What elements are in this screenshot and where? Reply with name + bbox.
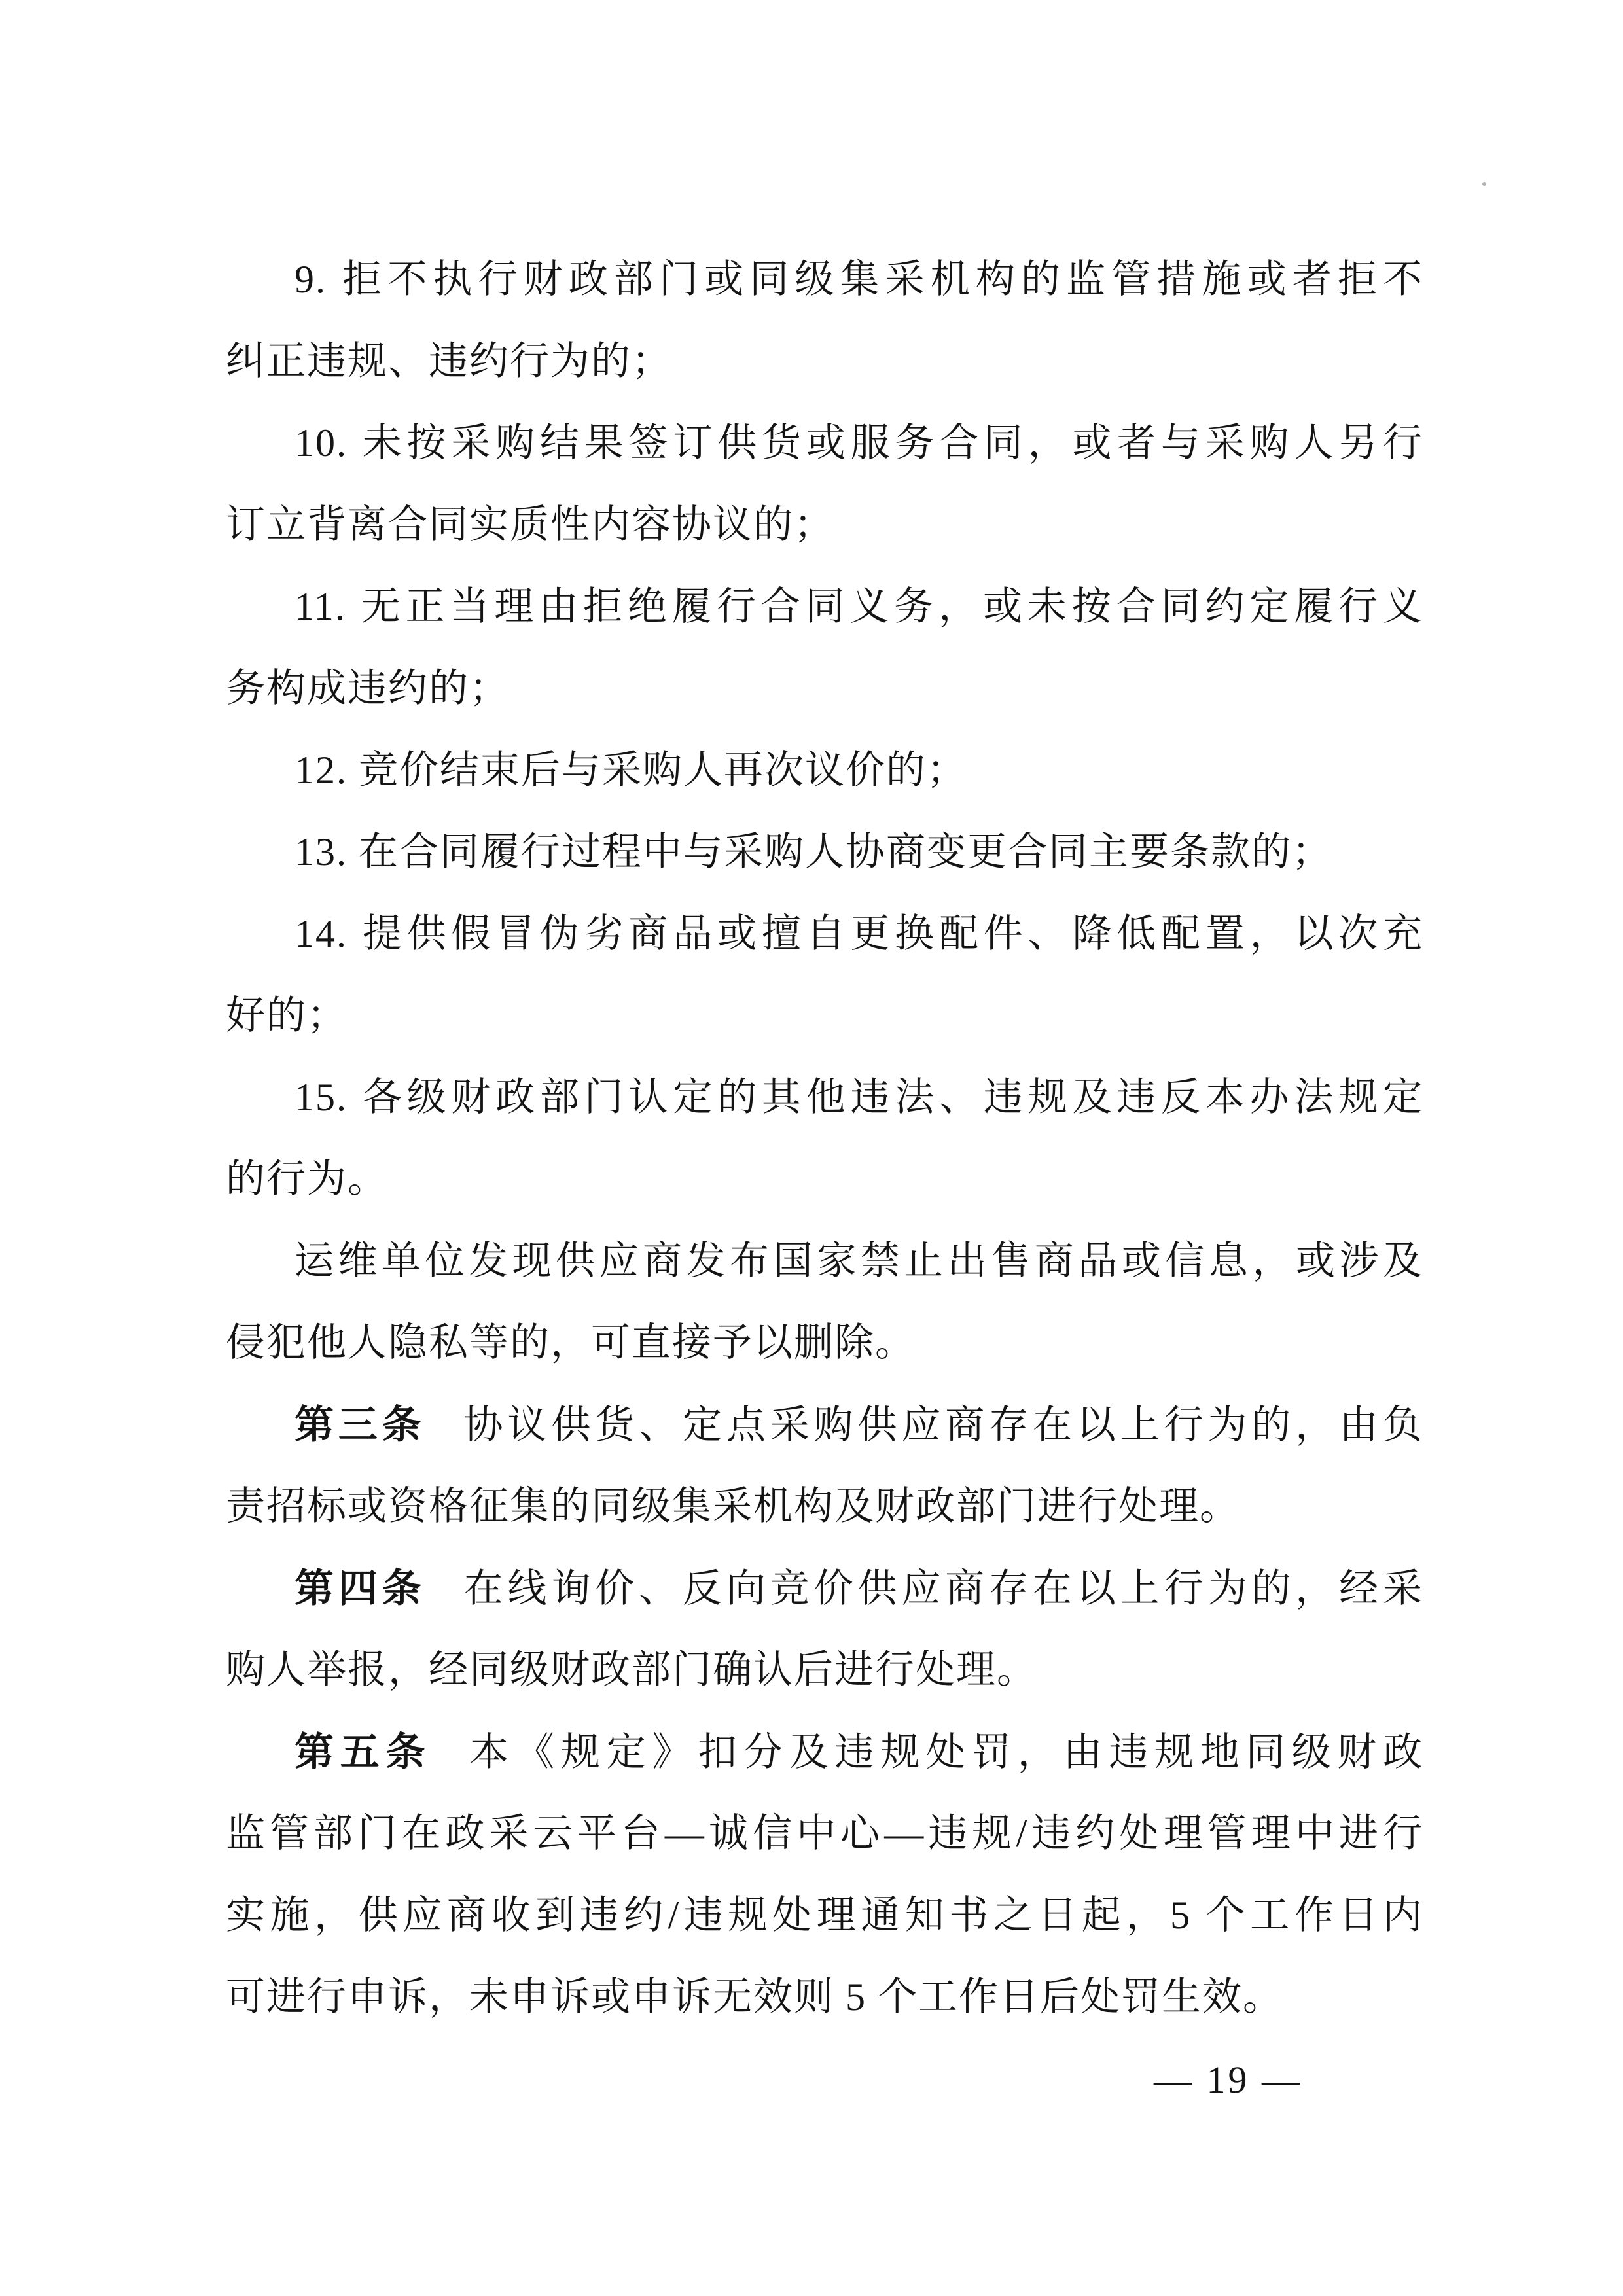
list-item-10-line-2: 订立背离合同实质性内容协议的；: [226, 484, 1423, 566]
list-item-11-line-2: 务构成违约的；: [226, 648, 1423, 730]
article-5-line-1: 第五条本《规定》扣分及违规处罚，由违规地同级财政: [226, 1711, 1423, 1793]
article-5-number: 第五条: [294, 1730, 431, 1774]
list-item-13: 13. 在合同履行过程中与采购人协商变更合同主要条款的；: [226, 811, 1423, 893]
article-4-text: 在线询价、反向竞价供应商存在以上行为的，经采: [464, 1567, 1423, 1610]
scan-speck: [1482, 182, 1486, 186]
article-5-line-3: 实施，供应商收到违约/违规处理通知书之日起，5 个工作日内: [226, 1875, 1423, 1956]
article-3-line-1: 第三条协议供货、定点采购供应商存在以上行为的，由负: [226, 1384, 1423, 1466]
document-page: 9. 拒不执行财政部门或同级集采机构的监管措施或者拒不 纠正违规、违约行为的； …: [0, 0, 1623, 2296]
page-number: — 19 —: [1154, 2039, 1302, 2121]
list-item-14-line-1: 14. 提供假冒伪劣商品或擅自更换配件、降低配置，以次充: [226, 893, 1423, 975]
list-item-9-line-1: 9. 拒不执行财政部门或同级集采机构的监管措施或者拒不: [226, 239, 1423, 321]
list-item-15-line-2: 的行为。: [226, 1139, 1423, 1220]
list-item-11-line-1: 11. 无正当理由拒绝履行合同义务，或未按合同约定履行义: [226, 566, 1423, 648]
list-item-12: 12. 竞价结束后与采购人再次议价的；: [226, 730, 1423, 811]
article-5-text: 本《规定》扣分及违规处罚，由违规地同级财政: [469, 1731, 1423, 1774]
list-item-9-line-2: 纠正违规、违约行为的；: [226, 321, 1423, 402]
list-item-15-line-1: 15. 各级财政部门认定的其他违法、违规及违反本办法规定: [226, 1057, 1423, 1139]
article-3-text: 协议供货、定点采购供应商存在以上行为的，由负: [464, 1404, 1423, 1447]
document-body: 9. 拒不执行财政部门或同级集采机构的监管措施或者拒不 纠正违规、违约行为的； …: [226, 239, 1423, 2038]
article-5-line-4: 可进行申诉，未申诉或申诉无效则 5 个工作日后处罚生效。: [226, 1956, 1423, 2038]
article-3-number: 第三条: [294, 1403, 426, 1447]
article-4-line-2: 购人举报，经同级财政部门确认后进行处理。: [226, 1629, 1423, 1711]
ops-unit-paragraph-line-1: 运维单位发现供应商发布国家禁止出售商品或信息，或涉及: [226, 1220, 1423, 1302]
list-item-10-line-1: 10. 未按采购结果签订供货或服务合同，或者与采购人另行: [226, 402, 1423, 484]
list-item-14-line-2: 好的；: [226, 975, 1423, 1057]
article-5-line-2: 监管部门在政采云平台—诚信中心—违规/违约处理管理中进行: [226, 1793, 1423, 1875]
article-4-number: 第四条: [294, 1566, 426, 1610]
ops-unit-paragraph-line-2: 侵犯他人隐私等的，可直接予以删除。: [226, 1302, 1423, 1384]
article-3-line-2: 责招标或资格征集的同级集采机构及财政部门进行处理。: [226, 1466, 1423, 1547]
article-4-line-1: 第四条在线询价、反向竞价供应商存在以上行为的，经采: [226, 1547, 1423, 1629]
